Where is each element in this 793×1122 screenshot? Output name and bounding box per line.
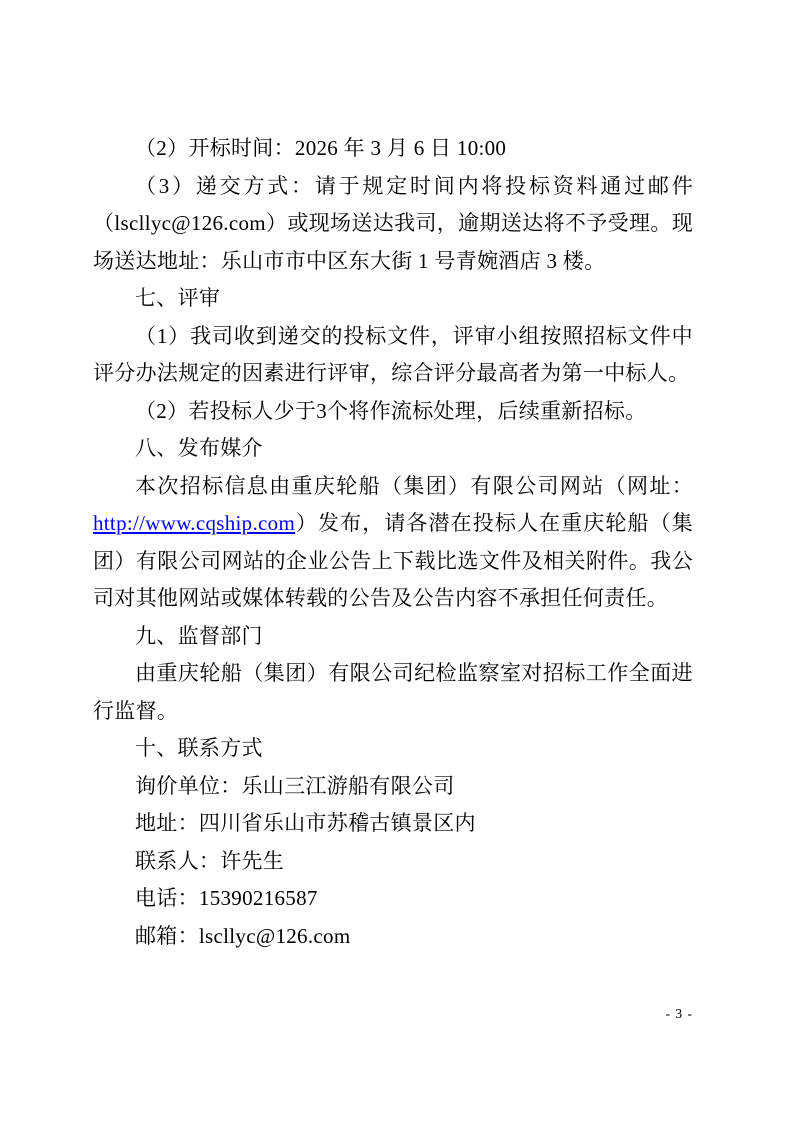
paragraph-bid-opening-time: （2）开标时间：2026 年 3 月 6 日 10:00 (93, 130, 693, 168)
paragraph-review-method: （1）我司收到递交的投标文件，评审小组按照招标文件中评分办法规定的因素进行评审，… (93, 318, 693, 393)
heading-section-ten-contact-info: 十、联系方式 (93, 730, 693, 768)
heading-section-nine-supervision-dept: 九、监督部门 (93, 618, 693, 656)
paragraph-supervision: 由重庆轮船（集团）有限公司纪检监察室对招标工作全面进行监督。 (93, 655, 693, 730)
heading-section-eight-publish-media: 八、发布媒介 (93, 430, 693, 468)
heading-section-seven-review: 七、评审 (93, 280, 693, 318)
paragraph-address: 地址：四川省乐山市苏稽古镇景区内 (93, 805, 693, 843)
document-body: （2）开标时间：2026 年 3 月 6 日 10:00 （3）递交方式：请于规… (93, 130, 693, 955)
publish-media-text-before-link: 本次招标信息由重庆轮船（集团）有限公司网站（网址： (135, 474, 693, 498)
paragraph-email: 邮箱：lscllyc@126.com (93, 918, 693, 956)
paragraph-publish-media: 本次招标信息由重庆轮船（集团）有限公司网站（网址：http://www.cqsh… (93, 468, 693, 618)
paragraph-phone: 电话：15390216587 (93, 880, 693, 918)
paragraph-contact-person: 联系人：许先生 (93, 843, 693, 881)
paragraph-inquiry-unit: 询价单位：乐山三江游船有限公司 (93, 768, 693, 806)
paragraph-insufficient-bidders: （2）若投标人少于3个将作流标处理，后续重新招标。 (93, 393, 693, 431)
page-number: - 3 - (93, 1005, 693, 1023)
cqship-website-link[interactable]: http://www.cqship.com (93, 511, 295, 535)
paragraph-submission-method: （3）递交方式：请于规定时间内将投标资料通过邮件（lscllyc@126.com… (93, 168, 693, 281)
document-page: （2）开标时间：2026 年 3 月 6 日 10:00 （3）递交方式：请于规… (0, 0, 793, 1122)
